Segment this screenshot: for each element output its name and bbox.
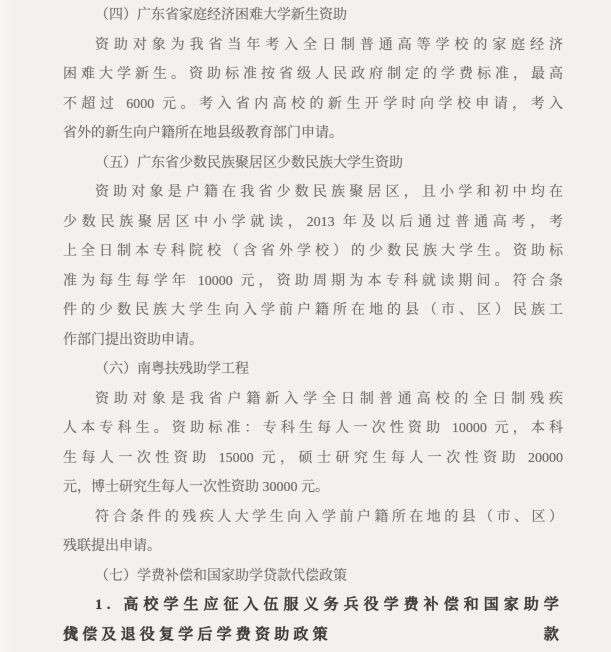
text-line: （七）学费补偿和国家助学贷款代偿政策 xyxy=(63,562,563,592)
text-line: 困难大学新生。资助标准按省级人民政府制定的学费标准，最高 xyxy=(63,60,563,90)
text-line: 资助对象为我省当年考入全日制普通高等学校的家庭经济 xyxy=(63,31,563,61)
text-line: 省外的新生向户籍所在地县级教育部门申请。 xyxy=(63,119,563,149)
text-line: （六）南粤扶残助学工程 xyxy=(63,355,563,385)
text-line: 资助对象是户籍在我省少数民族聚居区，且小学和初中均在 xyxy=(63,178,563,208)
text-line: （五）广东省少数民族聚居区少数民族大学生资助 xyxy=(63,149,563,179)
text-line: 资助对象是我省户籍新入学全日制普通高校的全日制残疾 xyxy=(63,385,563,415)
text-line: 残联提出申请。 xyxy=(63,532,563,562)
text-line: 元，博士研究生每人一次性资助 30000 元。 xyxy=(63,473,563,503)
text-line: 准为每生每学年 10000 元，资助周期为本专科就读期间。符合条 xyxy=(63,267,563,297)
text-line: 符合条件的残疾人大学生向入学前户籍所在地的县（市、区） xyxy=(63,503,563,533)
text-line: 件的少数民族大学生向入学前户籍所在地的县（市、区）民族工 xyxy=(63,296,563,326)
text-line: 生每人一次性资助 15000 元，硕士研究生每人一次性资助 20000 xyxy=(63,444,563,474)
text-line: 上全日制本专科院校（含省外学校）的少数民族大学生。资助标 xyxy=(63,237,563,267)
text-line: 人本专科生。资助标准：专科生每人一次性资助 10000 元，本科 xyxy=(63,414,563,444)
text-line: 不超过 6000 元。考入省内高校的新生开学时向学校申请，考入 xyxy=(63,90,563,120)
bold-text-line: 1. 高校学生应征入伍服义务兵役学费补偿和国家助学贷款 xyxy=(63,591,563,621)
text-line: （四）广东省家庭经济困难大学新生资助 xyxy=(63,1,563,31)
text-line: 少数民族聚居区中小学就读，2013 年及以后通过普通高考，考 xyxy=(63,208,563,238)
text-line: 作部门提出资助申请。 xyxy=(63,326,563,356)
document-page: （四）广东省家庭经济困难大学新生资助资助对象为我省当年考入全日制普通高等学校的家… xyxy=(0,0,611,652)
